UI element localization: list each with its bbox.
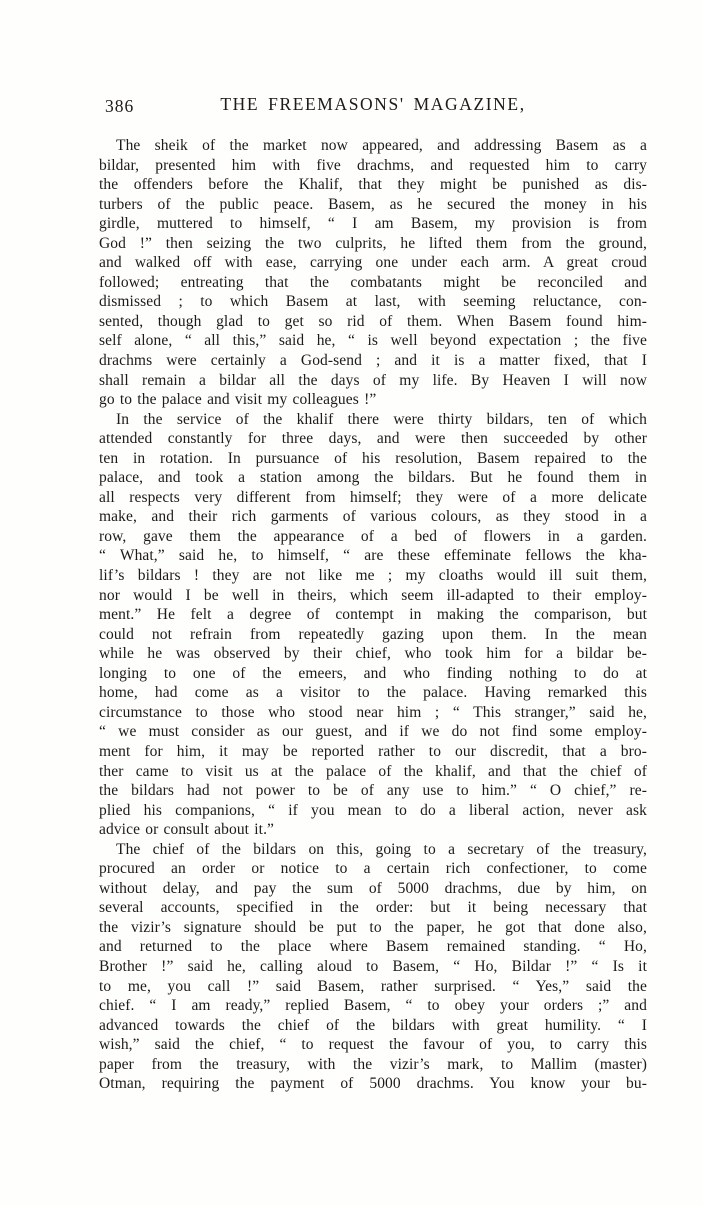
text-line: without delay, and pay the sum of 5000 d… (99, 879, 647, 899)
text-line: could not refrain from repeatedly gazing… (99, 625, 647, 645)
text-line: drachms were certainly a God-send ; and … (99, 351, 647, 371)
text-line: attended constantly for three days, and … (99, 429, 647, 449)
text-line: lif’s bildars ! they are not like me ; m… (99, 566, 647, 586)
text-line: advice or consult about it.” (99, 820, 647, 840)
text-line: The sheik of the market now appeared, an… (99, 136, 647, 156)
text-line: and returned to the place where Basem re… (99, 937, 647, 957)
text-line: the vizir’s signature should be put to t… (99, 918, 647, 938)
text-line: Otman, requiring the payment of 5000 dra… (99, 1074, 647, 1094)
text-line: go to the palace and visit my colleagues… (99, 390, 647, 410)
text-line: plied his companions, “ if you mean to d… (99, 801, 647, 821)
text-line: procured an order or notice to a certain… (99, 859, 647, 879)
paragraph-3: The chief of the bildars on this, going … (99, 840, 647, 1094)
text-line: ment.” He felt a degree of contempt in m… (99, 605, 647, 625)
text-line: the bildars had not power to be of any u… (99, 781, 647, 801)
paragraph-2: In the service of the khalif there were … (99, 410, 647, 840)
text-line: shall remain a bildar all the days of my… (99, 371, 647, 391)
paragraph-1: The sheik of the market now appeared, an… (99, 136, 647, 410)
text-line: while he was observed by their chief, wh… (99, 644, 647, 664)
page-body: The sheik of the market now appeared, an… (99, 136, 647, 1094)
page-number: 386 (105, 96, 134, 117)
text-line: God !” then seizing the two culprits, he… (99, 234, 647, 254)
text-line: sented, though glad to get so rid of the… (99, 312, 647, 332)
text-line: wish,” said the chief, “ to request the … (99, 1035, 647, 1055)
text-line: nor would I be well in theirs, which see… (99, 586, 647, 606)
text-line: “ What,” said he, to himself, “ are thes… (99, 546, 647, 566)
text-line: chief. “ I am ready,” replied Basem, “ t… (99, 996, 647, 1016)
text-line: home, had come as a visitor to the palac… (99, 683, 647, 703)
text-line: Brother !” said he, calling aloud to Bas… (99, 957, 647, 977)
text-line: self alone, “ all this,” said he, “ is w… (99, 331, 647, 351)
text-line: followed; entreating that the combatants… (99, 273, 647, 293)
text-line: girdle, muttered to himself, “ I am Base… (99, 214, 647, 234)
text-line: longing to one of the emeers, and who fi… (99, 664, 647, 684)
text-line: several accounts, specified in the order… (99, 898, 647, 918)
text-line: all respects very different from himself… (99, 488, 647, 508)
text-line: paper from the treasury, with the vizir’… (99, 1055, 647, 1075)
text-line: palace, and took a station among the bil… (99, 468, 647, 488)
page-content: 386 THE FREEMASONS' MAGAZINE, The sheik … (99, 94, 647, 1094)
text-line: the offenders before the Khalif, that th… (99, 175, 647, 195)
text-line: make, and their rich garments of various… (99, 507, 647, 527)
text-line: dismissed ; to which Basem at last, with… (99, 292, 647, 312)
text-line: turbers of the public peace. Basem, as h… (99, 195, 647, 215)
text-line: ther came to visit us at the palace of t… (99, 762, 647, 782)
text-line: to me, you call !” said Basem, rather su… (99, 977, 647, 997)
text-line: ment for him, it may be reported rather … (99, 742, 647, 762)
journal-title: THE FREEMASONS' MAGAZINE, (99, 94, 647, 115)
running-head: 386 THE FREEMASONS' MAGAZINE, (99, 94, 647, 118)
text-line: “ we must consider as our guest, and if … (99, 722, 647, 742)
text-line: circumstance to those who stood near him… (99, 703, 647, 723)
text-line: In the service of the khalif there were … (99, 410, 647, 430)
text-line: row, gave them the appearance of a bed o… (99, 527, 647, 547)
text-line: ten in rotation. In pursuance of his res… (99, 449, 647, 469)
text-line: The chief of the bildars on this, going … (99, 840, 647, 860)
text-line: and walked off with ease, carrying one u… (99, 253, 647, 273)
scanned-book-page: 386 THE FREEMASONS' MAGAZINE, The sheik … (0, 0, 703, 1206)
text-line: bildar, presented him with five drachms,… (99, 156, 647, 176)
text-line: advanced towards the chief of the bildar… (99, 1016, 647, 1036)
